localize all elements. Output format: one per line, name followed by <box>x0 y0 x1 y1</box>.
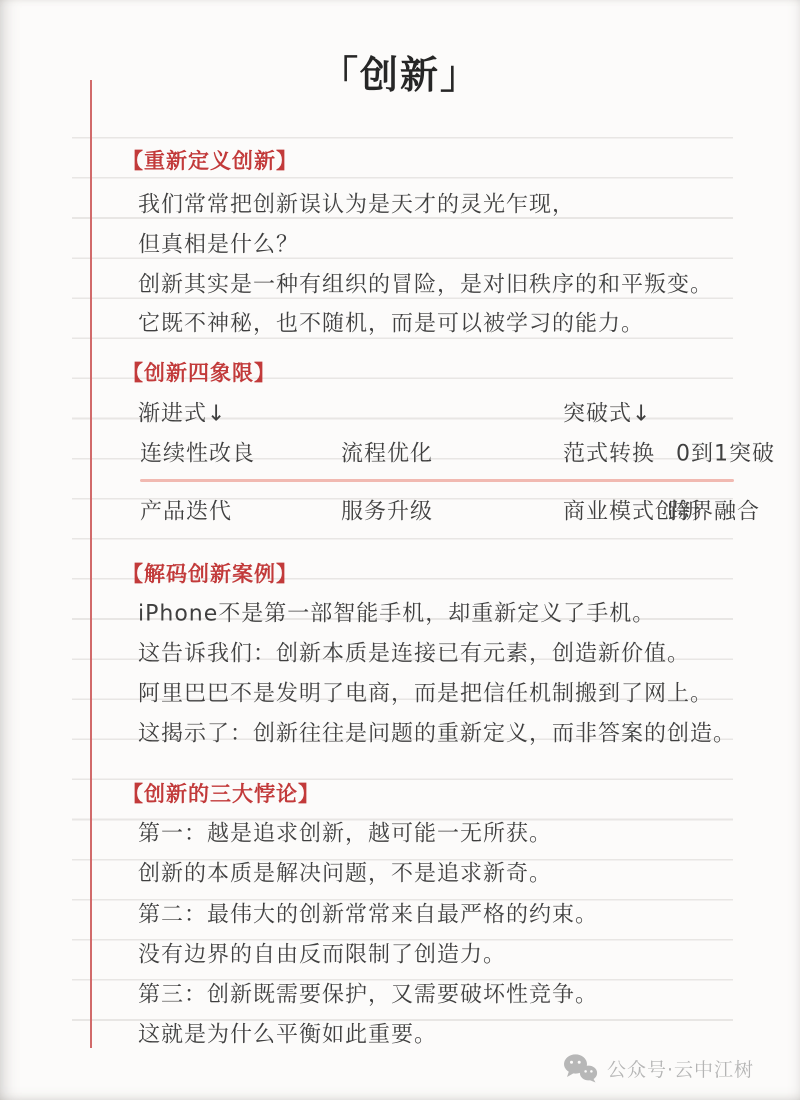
note-line: 这揭示了：创新往往是问题的重新定义，而非答案的创造。 <box>138 717 736 748</box>
quadrant-cell: 连续性改良 <box>140 437 255 468</box>
notebook-page: 「创新」 【重新定义创新】 我们常常把创新误认为是天才的灵光乍现， 但真相是什么… <box>0 0 800 1100</box>
note-line: 创新其实是一种有组织的冒险，是对旧秩序的和平叛变。 <box>138 268 713 299</box>
quadrant-cell: 产品迭代 <box>140 495 232 526</box>
watermark-label: 公众号·云中江树 <box>607 1055 754 1082</box>
note-line: 这就是为什么平衡如此重要。 <box>138 1018 437 1049</box>
note-line: 它既不神秘，也不随机，而是可以被学习的能力。 <box>138 307 644 338</box>
red-margin-line <box>90 80 92 1048</box>
quadrant-cell: 服务升级 <box>341 495 433 526</box>
quadrant-cell: 跨界融合 <box>668 495 760 526</box>
section-heading-case-studies: 【解码创新案例】 <box>122 558 298 588</box>
section-heading-three-paradoxes: 【创新的三大悖论】 <box>122 778 320 808</box>
quadrant-divider-line <box>140 479 734 482</box>
note-line: 但真相是什么？ <box>138 228 299 259</box>
quadrant-axis-breakthrough: 突破式↓ <box>563 397 651 428</box>
page-title: 「创新」 <box>0 44 800 99</box>
note-line: iPhone不是第一部智能手机，却重新定义了手机。 <box>138 597 655 628</box>
section-heading-four-quadrants: 【创新四象限】 <box>122 357 276 387</box>
note-line: 第二：最伟大的创新常常来自最严格的约束。 <box>138 898 598 929</box>
note-line: 这告诉我们：创新本质是连接已有元素，创造新价值。 <box>138 637 690 668</box>
note-line: 第一：越是追求创新，越可能一无所获。 <box>138 817 552 848</box>
note-line: 创新的本质是解决问题，不是追求新奇。 <box>138 857 552 888</box>
note-line: 没有边界的自由反而限制了创造力。 <box>138 938 506 969</box>
quadrant-cell: 0到1突破 <box>676 437 775 468</box>
watermark-footer: 公众号·云中江树 <box>562 1053 754 1083</box>
wechat-icon <box>562 1053 598 1083</box>
note-line: 第三：创新既需要保护，又需要破坏性竞争。 <box>138 978 598 1009</box>
section-heading-redefine-innovation: 【重新定义创新】 <box>122 145 298 175</box>
quadrant-axis-incremental: 渐进式↓ <box>138 397 226 428</box>
note-line: 我们常常把创新误认为是天才的灵光乍现， <box>138 188 575 219</box>
quadrant-cell: 流程优化 <box>341 437 433 468</box>
note-line: 阿里巴巴不是发明了电商，而是把信任机制搬到了网上。 <box>138 677 713 708</box>
quadrant-cell: 范式转换 <box>563 437 655 468</box>
